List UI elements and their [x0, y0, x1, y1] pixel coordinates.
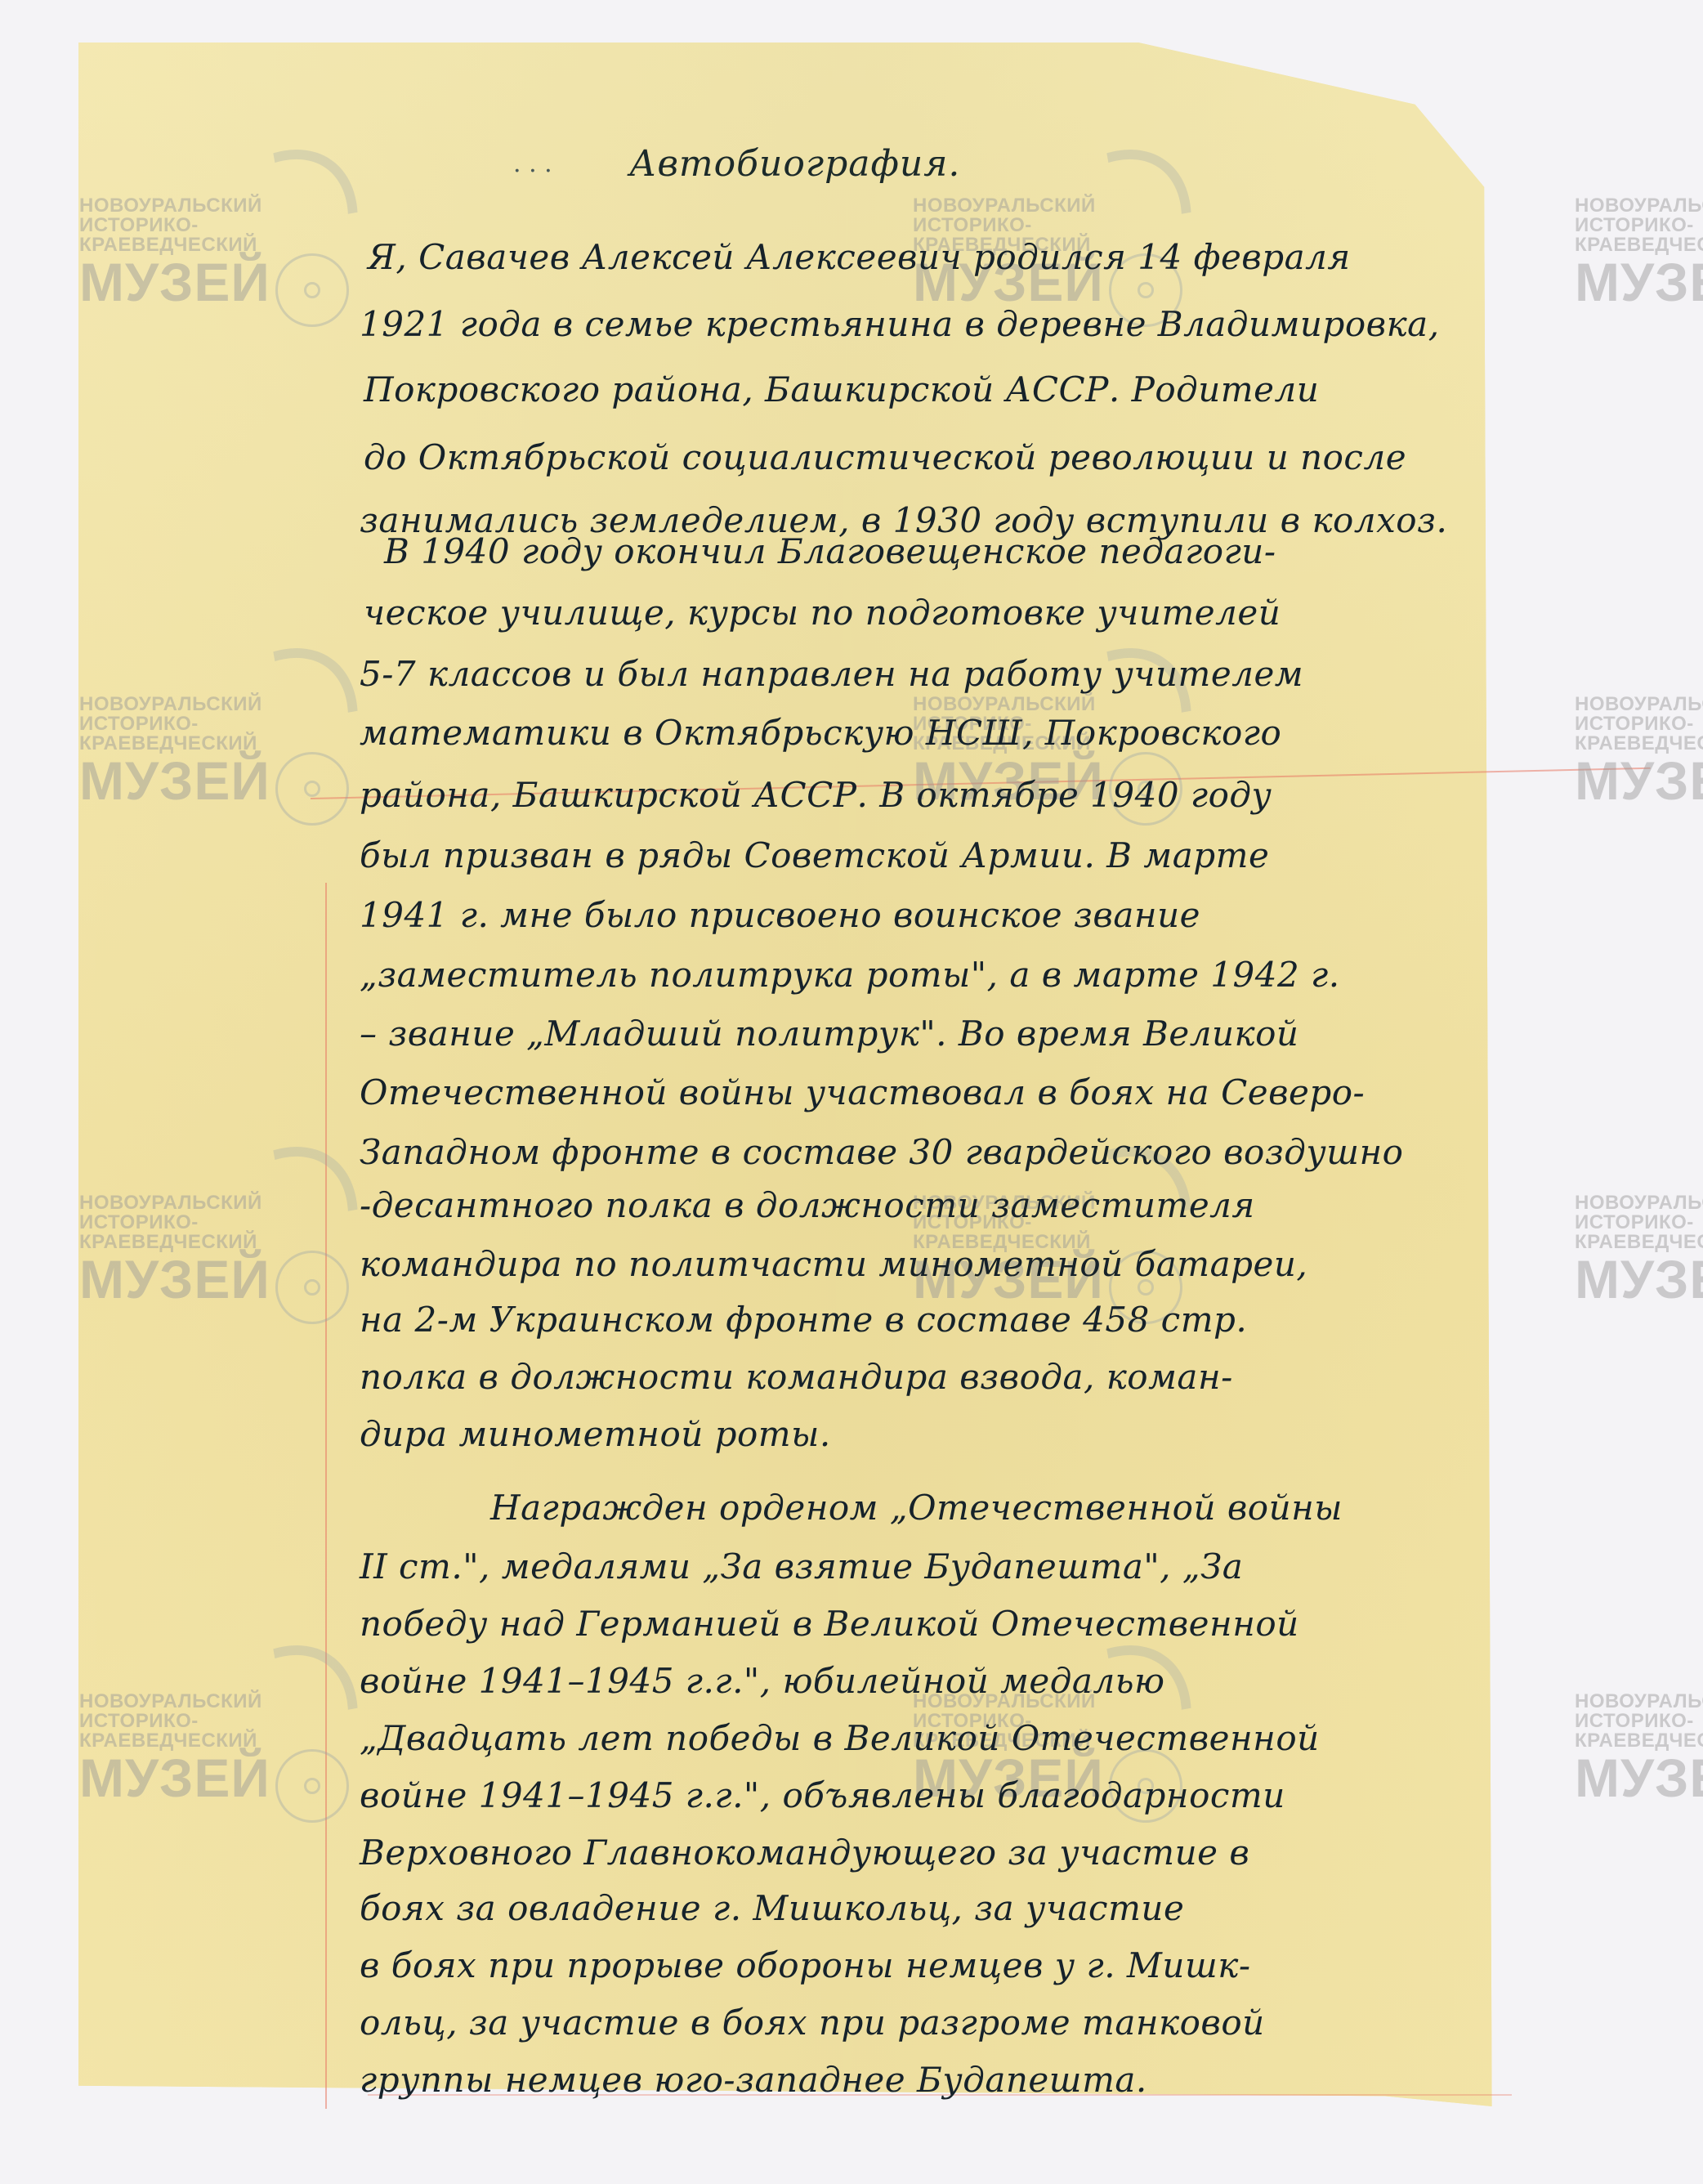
text-line: района, Башкирской АССР. В октябре 1940 …	[360, 775, 1272, 815]
text-line: Верховного Главнокомандующего за участие…	[360, 1833, 1249, 1873]
text-line: войне 1941–1945 г.г.", юбилейной медалью	[360, 1661, 1165, 1701]
text-line: 1921 года в семье крестьянина в деревне …	[360, 304, 1440, 344]
text-line: математики в Октябрьскую НСШ, Покровског…	[360, 713, 1281, 753]
handwritten-document: · · · Автобиография. Я, Савачев Алексей …	[0, 0, 1703, 2184]
text-line: Покровского района, Башкирской АССР. Род…	[364, 369, 1319, 409]
text-line: на 2-м Украинском фронте в составе 458 с…	[360, 1300, 1247, 1340]
text-line: боях за овладение г. Мишкольц, за участи…	[360, 1888, 1184, 1928]
text-line: – звание „Младший политрук". Во время Ве…	[360, 1014, 1298, 1054]
text-line: до Октябрьской социалистической революци…	[364, 437, 1406, 477]
text-line: полка в должности командира взвода, кома…	[360, 1357, 1233, 1397]
text-line: в боях при прорыве обороны немцев у г. М…	[360, 1945, 1251, 1985]
text-line: „заместитель политрука роты", а в марте …	[360, 955, 1340, 995]
text-line: 1941 г. мне было присвоено воинское зван…	[360, 895, 1200, 935]
text-line: группы немцев юго-западнее Будапешта.	[360, 2060, 1147, 2100]
text-line: Награжден орденом „Отечественной войны	[490, 1488, 1343, 1528]
text-line: 5-7 классов и был направлен на работу уч…	[360, 654, 1303, 694]
text-line: командира по политчасти минометной батар…	[360, 1244, 1307, 1284]
title-marks: · · ·	[513, 157, 552, 186]
text-line: победу над Германией в Великой Отечестве…	[360, 1604, 1299, 1644]
text-line: был призван в ряды Советской Армии. В ма…	[360, 835, 1269, 875]
text-line: ольц, за участие в боях при разгроме тан…	[360, 2003, 1265, 2043]
text-line: „Двадцать лет победы в Великой Отечестве…	[360, 1718, 1320, 1758]
text-line: II ст.", медалями „За взятие Будапешта",…	[360, 1546, 1243, 1587]
text-line: войне 1941–1945 г.г.", объявлены благода…	[360, 1775, 1285, 1815]
text-line: дира минометной роты.	[360, 1414, 831, 1454]
text-line: Отечественной войны участвовал в боях на…	[360, 1072, 1365, 1112]
document-title: Автобиография.	[629, 143, 960, 185]
text-line: ческое училище, курсы по подготовке учит…	[364, 593, 1281, 633]
text-line: -десантного полка в должности заместител…	[360, 1185, 1255, 1225]
text-line: Я, Савачев Алексей Алексеевич родился 14…	[368, 237, 1351, 277]
text-line: В 1940 году окончил Благовещенское педаг…	[384, 531, 1276, 571]
text-line: Западном фронте в составе 30 гвардейског…	[360, 1132, 1403, 1172]
